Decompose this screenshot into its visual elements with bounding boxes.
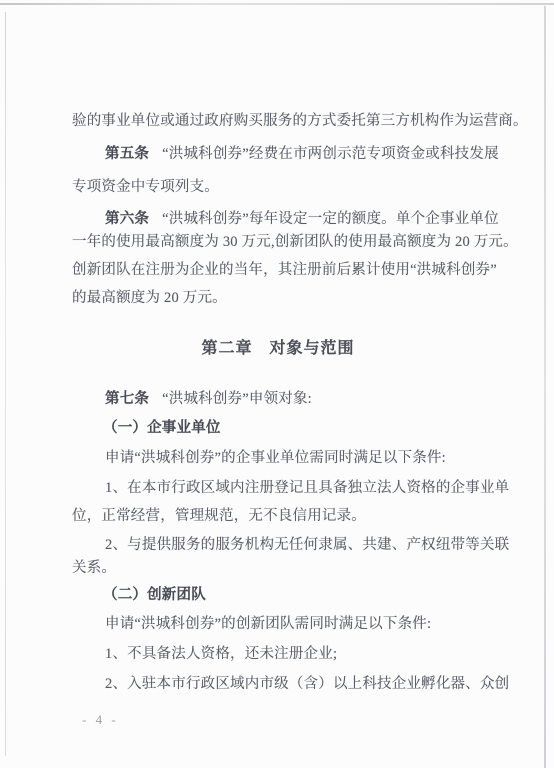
doc-line-article-7: 第七条“洪城科创券”申领对象: [105, 390, 312, 408]
doc-line-text: 申请“洪城科创券”的企事业单位需同时满足以下条件: [105, 450, 446, 466]
doc-line-text: “洪城科创券”经费在市两创示范专项资金或科技发展 [162, 146, 499, 162]
section-heading-2: （二）创新团队 [103, 586, 206, 604]
doc-line: 专项资金中专项列支。 [72, 178, 219, 196]
doc-line-text: 2、入驻本市行政区域内市级（含）以上科技企业孵化器、众创 [105, 676, 509, 692]
doc-line-text: 1、在本市行政区域内注册登记且具备独立法人资格的企事业单 [105, 480, 509, 496]
doc-line: 的最高额度为 20 万元。 [72, 289, 227, 307]
article-number-label: 第七条 [105, 391, 149, 407]
doc-line-article-6: 第六条“洪城科创券”每年设定一定的额度。单个企事业单位 [105, 210, 499, 228]
doc-line: 关系。 [72, 559, 116, 577]
article-number-label: 第六条 [105, 211, 149, 227]
doc-line-text: 1、不具备法人资格，还未注册企业; [105, 646, 337, 662]
section-heading-1: （一）企事业单位 [103, 419, 221, 437]
doc-line-text: 验的事业单位或通过政府购买服务的方式委托第三方机构作为运营商。 [72, 113, 528, 129]
chapter-heading: 第二章 对象与范围 [66, 335, 490, 358]
doc-line-text: 的最高额度为 20 万元。 [72, 290, 227, 306]
doc-line-text: （一）企事业单位 [103, 420, 221, 436]
page-number: - 4 - [82, 712, 119, 728]
doc-line-text: “洪城科创券”每年设定一定的额度。单个企事业单位 [162, 211, 499, 227]
doc-line: 1、不具备法人资格，还未注册企业; [105, 645, 337, 663]
doc-line: 验的事业单位或通过政府购买服务的方式委托第三方机构作为运营商。 [72, 112, 528, 130]
doc-line: 2、与提供服务的服务机构无任何隶属、共建、产权纽带等关联 [105, 536, 509, 554]
doc-line-article-5: 第五条“洪城科创券”经费在市两创示范专项资金或科技发展 [105, 145, 499, 163]
doc-line-text: （二）创新团队 [103, 587, 206, 603]
doc-line: 创新团队在注册为企业的当年，其注册前后累计使用“洪城科创券” [72, 261, 497, 279]
doc-line-text: 2、与提供服务的服务机构无任何隶属、共建、产权纽带等关联 [105, 537, 509, 553]
scan-edge-left [5, 12, 6, 756]
doc-line-text: “洪城科创券”申领对象: [162, 391, 312, 407]
doc-line: 申请“洪城科创券”的创新团队需同时满足以下条件: [105, 615, 431, 633]
doc-line-text: 创新团队在注册为企业的当年，其注册前后累计使用“洪城科创券” [72, 262, 497, 278]
scan-edge-top [0, 3, 554, 5]
doc-line: 1、在本市行政区域内注册登记且具备独立法人资格的企事业单 [105, 479, 509, 497]
doc-line-text: 申请“洪城科创券”的创新团队需同时满足以下条件: [105, 616, 431, 632]
doc-line: 位，正常经营，管理规范，无不良信用记录。 [72, 507, 366, 525]
doc-line-text: 一年的使用最高额度为 30 万元,创新团队的使用最高额度为 20 万元。 [72, 234, 518, 250]
doc-line: 2、入驻本市行政区域内市级（含）以上科技企业孵化器、众创 [105, 675, 509, 693]
doc-line-text: 位，正常经营，管理规范，无不良信用记录。 [72, 508, 366, 524]
article-number-label: 第五条 [105, 146, 149, 162]
scan-edge-right [544, 6, 546, 768]
scanned-document-page: 验的事业单位或通过政府购买服务的方式委托第三方机构作为运营商。 第五条“洪城科创… [0, 0, 554, 768]
doc-line: 一年的使用最高额度为 30 万元,创新团队的使用最高额度为 20 万元。 [72, 233, 518, 251]
doc-line-text: 关系。 [72, 560, 116, 576]
doc-line-text: 专项资金中专项列支。 [72, 179, 219, 195]
doc-line: 申请“洪城科创券”的企事业单位需同时满足以下条件: [105, 449, 446, 467]
